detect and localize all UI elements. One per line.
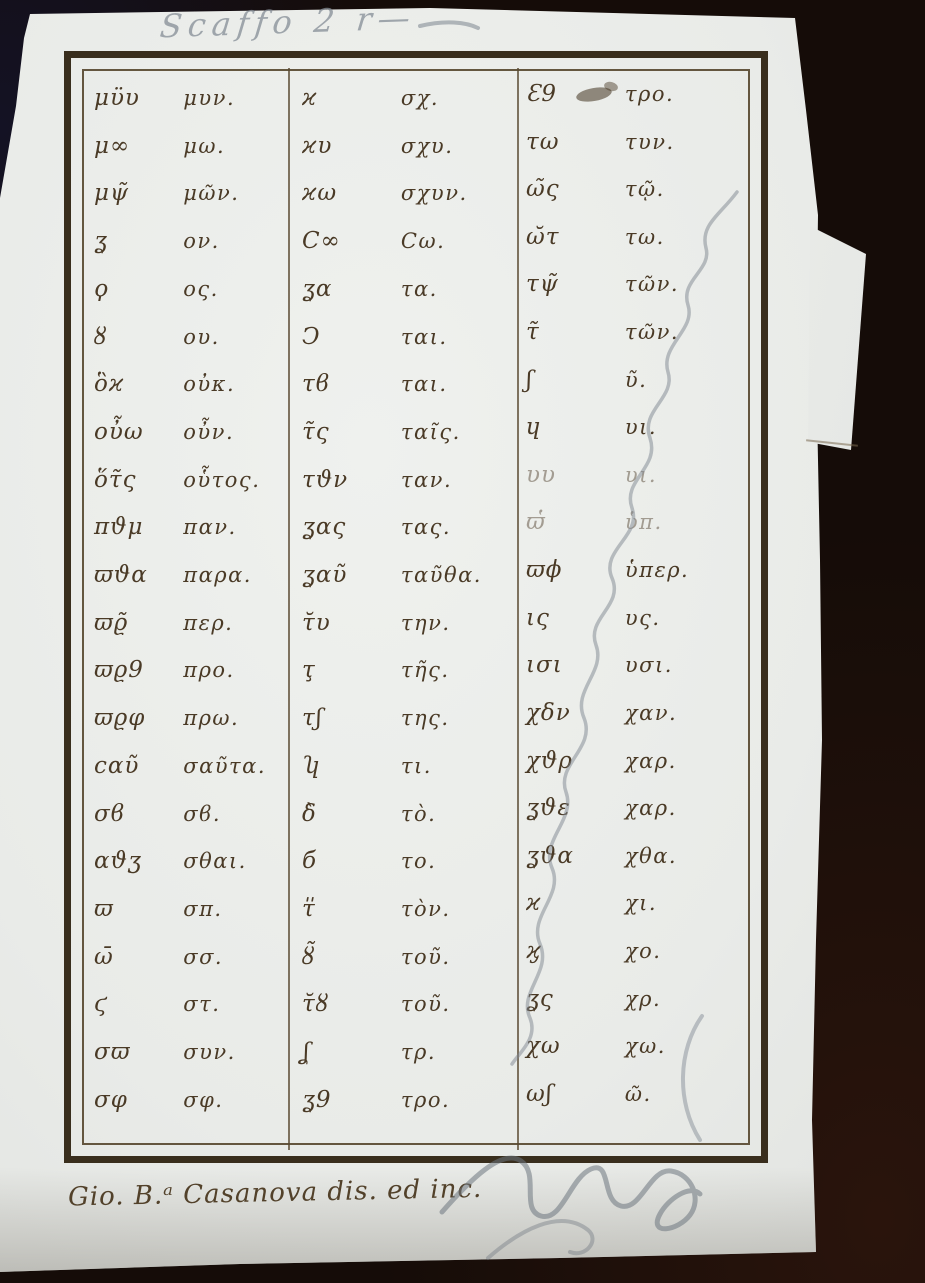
reading-text: τῶν.: [625, 272, 732, 296]
reading-text: υι.: [625, 415, 732, 439]
ligature-glyph: τ̆υ: [302, 610, 401, 636]
reading-text: χαρ.: [625, 796, 732, 820]
ligature-glyph: σϖ: [94, 1039, 183, 1065]
reading-text: τὸν.: [401, 897, 508, 921]
table-row: σφσφ.: [94, 1080, 280, 1120]
ligature-glyph: ωʃ: [526, 1081, 625, 1107]
table-row: ʓϑεχαρ.: [526, 788, 732, 828]
table-row: ʓαςτας.: [302, 507, 508, 547]
ligature-glyph: ʓ: [94, 228, 183, 254]
ligature-glyph: ʓαῦ: [302, 562, 401, 588]
reading-text: στ.: [183, 992, 280, 1016]
ligature-glyph: ɥ: [526, 414, 625, 440]
ligature-glyph: αϑʒ: [94, 848, 183, 874]
reading-text: τῷ.: [625, 177, 732, 201]
reading-text: συν.: [183, 1040, 280, 1064]
table-row: ὃϰοὐκ.: [94, 364, 280, 404]
ligature-glyph: ϖ̔: [526, 509, 625, 535]
table-row: ʆτρ.: [302, 1032, 508, 1072]
ligature-glyph: τϑν: [302, 467, 401, 493]
table-row: ϖϱφπρω.: [94, 698, 280, 738]
reading-text: τα.: [401, 277, 508, 301]
table-row: ϖϕὑπερ.: [526, 550, 732, 590]
reading-text: περ.: [183, 611, 280, 635]
ligature-glyph: ὃϰ: [94, 371, 183, 397]
reading-text: σθαι.: [183, 849, 280, 873]
table-row: ϖϱ̃περ.: [94, 603, 280, 643]
table-row: χδνχαν.: [526, 693, 732, 733]
ligature-glyph: ϰ: [526, 890, 625, 916]
ligature-glyph: ʮ: [302, 753, 401, 779]
table-row: ω̃ςτῷ.: [526, 169, 732, 209]
ligature-glyph: τϐ: [302, 371, 401, 397]
reading-text: τοῦ.: [401, 992, 508, 1016]
reading-text: χρ.: [625, 987, 732, 1011]
ligature-glyph: χω: [526, 1033, 625, 1059]
ligature-glyph: ϖϑα: [94, 562, 183, 588]
ligature-glyph: ʓς: [526, 986, 625, 1012]
table-row: ω̆ττω.: [526, 217, 732, 257]
table-row: ϙος.: [94, 269, 280, 309]
ligature-glyph: ισι: [526, 652, 625, 678]
reading-text: παρα.: [183, 563, 280, 587]
table-row: ȣ̃τοῦ.: [302, 937, 508, 977]
reading-text: τρο.: [401, 1088, 508, 1112]
ligature-glyph: ω̃ς: [526, 176, 625, 202]
table-row: τωτυν.: [526, 122, 732, 162]
reading-text: πρω.: [183, 706, 280, 730]
reading-text: ὑπ.: [625, 510, 732, 534]
ligature-glyph: ϰυ: [302, 133, 401, 159]
reading-text: μῶν.: [183, 181, 280, 205]
reading-text: τῆς.: [401, 658, 508, 682]
table-row: οὖωοὖν.: [94, 412, 280, 452]
reading-text: οὖν.: [183, 420, 280, 444]
reading-text: ῦ.: [625, 368, 732, 392]
table-row: τ̧τῆς.: [302, 650, 508, 690]
reading-text: σαῦτα.: [183, 754, 280, 778]
ligature-table-column-2: ϰσχ.ϰυσχυ.ϰωσχυν.Ϲ∞Ϲω.ʓατα.Ͻται.τϐται.τ̃…: [302, 78, 508, 1120]
ligature-glyph: ϲαῦ: [94, 753, 183, 779]
ligature-glyph: ϖϕ: [526, 557, 625, 583]
reading-text: σχ.: [401, 86, 508, 110]
reading-text: ὑπερ.: [625, 558, 732, 582]
reading-text: οὐκ.: [183, 372, 280, 396]
reading-text: τὸ.: [401, 802, 508, 826]
ligature-glyph: τ̆ȣ: [302, 991, 401, 1017]
reading-text: τι.: [401, 754, 508, 778]
reading-text: το.: [401, 849, 508, 873]
column-divider-1: [288, 68, 290, 1150]
table-row: τ̎τὸν.: [302, 889, 508, 929]
table-row: ισιυσι.: [526, 645, 732, 685]
ligature-glyph: τ̃ς: [302, 419, 401, 445]
ligature-glyph: ϖϱφ: [94, 705, 183, 731]
table-row: ʓ9τρο.: [302, 1080, 508, 1120]
reading-text: χι.: [625, 891, 732, 915]
table-row: ʓϑαχθα.: [526, 836, 732, 876]
ligature-table-column-1: μϋυμυν.μ∞μω.μψ̃μῶν.ʓον.ϙος.ȣου.ὃϰοὐκ.οὖω…: [94, 78, 280, 1120]
table-row: μ∞μω.: [94, 126, 280, 166]
table-row: σϖσυν.: [94, 1032, 280, 1072]
reading-text: τοῦ.: [401, 945, 508, 969]
ligature-glyph: υυ: [526, 462, 625, 488]
ligature-glyph: τω: [526, 129, 625, 155]
table-row: τʃτης.: [302, 698, 508, 738]
reading-text: τυν.: [625, 130, 732, 154]
reading-text: σχυ.: [401, 134, 508, 158]
reading-text: ῶ.: [625, 1082, 732, 1106]
reading-text: ου.: [183, 325, 280, 349]
table-row: ϖϑαπαρα.: [94, 555, 280, 595]
ligature-glyph: б: [302, 848, 401, 874]
ligature-glyph: ϰω: [302, 180, 401, 206]
ligature-glyph: ω̆τ: [526, 224, 625, 250]
ligature-glyph: ʓ9: [302, 1087, 401, 1113]
ligature-glyph: τ̎: [302, 896, 401, 922]
reading-text: υς.: [625, 606, 732, 630]
table-row: τϐται.: [302, 364, 508, 404]
ligature-glyph: ϗ: [526, 938, 625, 964]
ligature-glyph: ὅτ̃ς: [94, 467, 183, 493]
reading-text: ταν.: [401, 468, 508, 492]
ligature-glyph: ʆ: [302, 1039, 401, 1065]
table-row: бτο.: [302, 841, 508, 881]
table-row: χϑρχαρ.: [526, 741, 732, 781]
table-row: ϗχο.: [526, 931, 732, 971]
ligature-glyph: ȣ̃: [302, 944, 401, 970]
table-row: ϰυσχυ.: [302, 126, 508, 166]
table-row: μψ̃μῶν.: [94, 173, 280, 213]
reading-text: ται.: [401, 325, 508, 349]
table-row: ὅτ̃ςοὗτος.: [94, 460, 280, 500]
table-row: ɥυι.: [526, 407, 732, 447]
ligature-glyph: μψ̃: [94, 180, 183, 206]
table-row: ȣου.: [94, 317, 280, 357]
table-row: υυυι.: [526, 455, 732, 495]
table-row: ʃῦ.: [526, 360, 732, 400]
table-row: τψ̃τῶν.: [526, 264, 732, 304]
photograph: μϋυμυν.μ∞μω.μψ̃μῶν.ʓον.ϙος.ȣου.ὃϰοὐκ.οὖω…: [0, 0, 925, 1283]
reading-text: σφ.: [183, 1088, 280, 1112]
table-row: ϲαῦσαῦτα.: [94, 746, 280, 786]
ligature-glyph: πϑμ: [94, 514, 183, 540]
ligature-glyph: τ̃: [526, 319, 625, 345]
reading-text: τρο.: [625, 82, 732, 106]
ligature-glyph: ϛ: [94, 991, 183, 1017]
ligature-glyph: χδν: [526, 700, 625, 726]
column-divider-2: [517, 68, 519, 1150]
ligature-glyph: ʃ: [526, 367, 625, 393]
ligature-glyph: ϖ: [94, 896, 183, 922]
ligature-glyph: σϐ: [94, 801, 183, 827]
table-row: Ͻται.: [302, 317, 508, 357]
reading-text: τῶν.: [625, 320, 732, 344]
table-row: ω̄σσ.: [94, 937, 280, 977]
table-row: ωʃῶ.: [526, 1074, 732, 1114]
ligature-glyph: χϑρ: [526, 748, 625, 774]
ligature-glyph: ϰ: [302, 85, 401, 111]
ligature-glyph: ις: [526, 605, 625, 631]
table-row: τ̆ȣτοῦ.: [302, 984, 508, 1024]
ligature-glyph: σφ: [94, 1087, 183, 1113]
ligature-glyph: ϖϱ9: [94, 657, 183, 683]
ligature-glyph: ʓϑα: [526, 843, 625, 869]
reading-text: σϐ.: [183, 802, 280, 826]
table-row: χωχω.: [526, 1026, 732, 1066]
reading-text: υσι.: [625, 653, 732, 677]
reading-text: χω.: [625, 1034, 732, 1058]
table-row: ϰωσχυν.: [302, 173, 508, 213]
reading-text: της.: [401, 706, 508, 730]
ligature-glyph: μϋυ: [94, 85, 183, 111]
reading-text: μω.: [183, 134, 280, 158]
reading-text: παν.: [183, 515, 280, 539]
table-row: δ̀τὸ.: [302, 794, 508, 834]
reading-text: ται.: [401, 372, 508, 396]
reading-text: χαρ.: [625, 749, 732, 773]
reading-text: τας.: [401, 515, 508, 539]
reading-text: προ.: [183, 658, 280, 682]
ligature-glyph: τ̧: [302, 657, 401, 683]
table-row: ʓαῦταῦθα.: [302, 555, 508, 595]
table-row: μϋυμυν.: [94, 78, 280, 118]
ligature-glyph: τψ̃: [526, 271, 625, 297]
reading-text: χαν.: [625, 701, 732, 725]
table-row: αϑʒσθαι.: [94, 841, 280, 881]
ligature-glyph: ϙ: [94, 276, 183, 302]
reading-text: Ϲω.: [401, 229, 508, 253]
table-row: τ̃τῶν.: [526, 312, 732, 352]
reading-text: μυν.: [183, 86, 280, 110]
ligature-glyph: Ϲ∞: [302, 228, 401, 254]
reading-text: χθα.: [625, 844, 732, 868]
reading-text: ταῖς.: [401, 420, 508, 444]
reading-text: την.: [401, 611, 508, 635]
reading-text: χο.: [625, 939, 732, 963]
table-row: ϰχι.: [526, 883, 732, 923]
ligature-glyph: Ͻ: [302, 324, 401, 350]
reading-text: σσ.: [183, 945, 280, 969]
table-row: ʓςχρ.: [526, 979, 732, 1019]
ligature-glyph: δ̀: [302, 801, 401, 827]
ligature-glyph: οὖω: [94, 419, 183, 445]
ligature-glyph: ʓϑε: [526, 795, 625, 821]
table-row: Ϲ∞Ϲω.: [302, 221, 508, 261]
reading-text: οὗτος.: [183, 468, 280, 492]
table-row: Ɛ9τρο.: [526, 74, 732, 114]
ligature-glyph: μ∞: [94, 133, 183, 159]
table-row: τ̆υτην.: [302, 603, 508, 643]
table-row: ιςυς.: [526, 598, 732, 638]
table-row: πϑμπαν.: [94, 507, 280, 547]
table-row: τ̃ςταῖς.: [302, 412, 508, 452]
reading-text: ον.: [183, 229, 280, 253]
table-row: ϛστ.: [94, 984, 280, 1024]
reading-text: ος.: [183, 277, 280, 301]
ligature-glyph: ȣ: [94, 324, 183, 350]
table-row: ʮτι.: [302, 746, 508, 786]
reading-text: σπ.: [183, 897, 280, 921]
ligature-glyph: ϖϱ̃: [94, 610, 183, 636]
reading-text: τρ.: [401, 1040, 508, 1064]
ligature-glyph: ʓα: [302, 276, 401, 302]
table-row: ϖσπ.: [94, 889, 280, 929]
reading-text: υι.: [625, 463, 732, 487]
table-row: ʓατα.: [302, 269, 508, 309]
reading-text: τω.: [625, 225, 732, 249]
table-row: ϰσχ.: [302, 78, 508, 118]
reading-text: ταῦθα.: [401, 563, 508, 587]
table-row: τϑνταν.: [302, 460, 508, 500]
ligature-glyph: τʃ: [302, 705, 401, 731]
ligature-table-column-3: Ɛ9τρο.τωτυν.ω̃ςτῷ.ω̆ττω.τψ̃τῶν.τ̃τῶν.ʃῦ.…: [526, 74, 732, 1114]
ligature-glyph: ω̄: [94, 944, 183, 970]
table-row: ʓον.: [94, 221, 280, 261]
reading-text: σχυν.: [401, 181, 508, 205]
table-row: ϖ̔ὑπ.: [526, 502, 732, 542]
table-row: ϖϱ9προ.: [94, 650, 280, 690]
ligature-glyph: ʓας: [302, 514, 401, 540]
table-row: σϐσϐ.: [94, 794, 280, 834]
